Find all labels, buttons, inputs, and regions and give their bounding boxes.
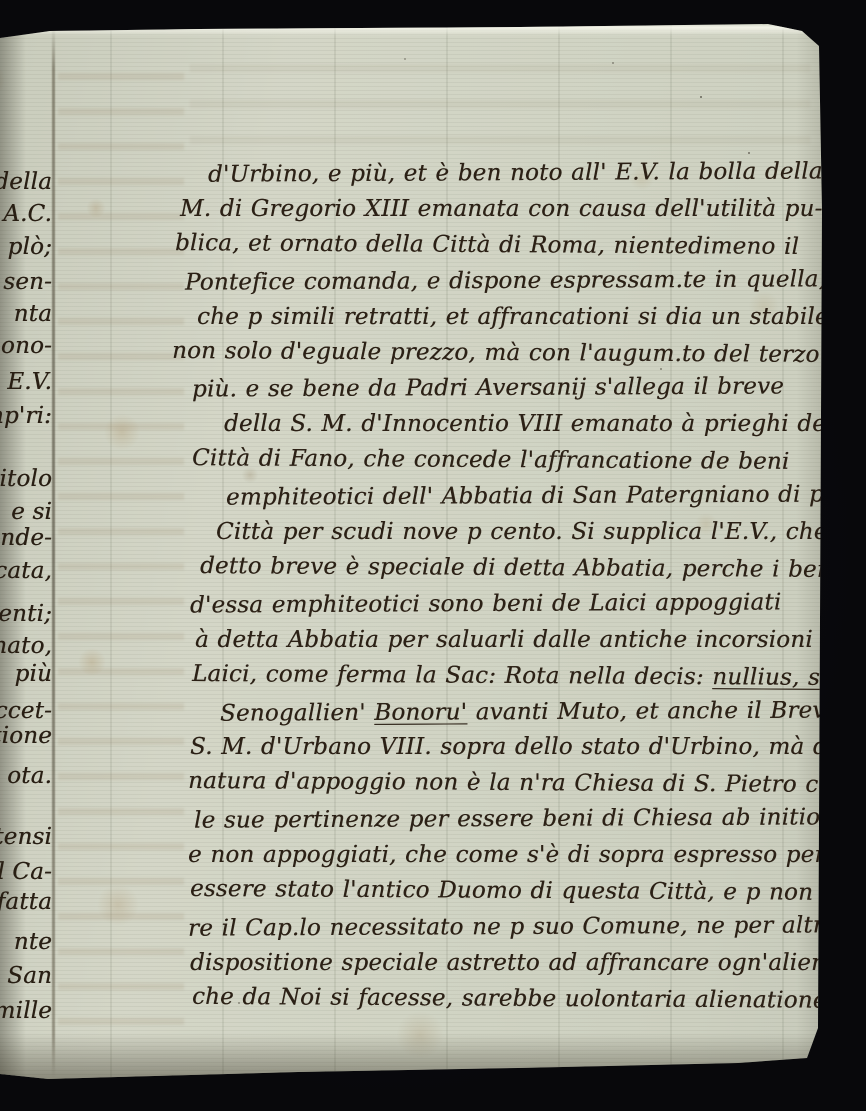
- margin-fragment: tenti;: [0, 600, 52, 628]
- margin-fragment: più: [15, 660, 53, 688]
- margin-fragment: al Ca-: [0, 858, 52, 886]
- manuscript-line: che da Noi si facesse, sarebbe uolontari…: [192, 982, 866, 1016]
- manuscript-line: le sue pertinenze per essere beni di Chi…: [194, 802, 828, 835]
- line-text: re il Cap.lo necessitato ne p suo Comune…: [188, 912, 838, 941]
- margin-fragment: E.V.: [7, 368, 52, 396]
- manuscript-line: essere stato l'antico Duomo di questa Ci…: [190, 874, 866, 908]
- line-text: emphiteotici dell' Abbatia di San Paterg…: [226, 481, 864, 510]
- manuscript-line: d'essa emphiteotici sono beni de Laici a…: [190, 587, 781, 620]
- margin-fragment: nta: [14, 300, 52, 328]
- line-text: più. e se bene da Padri Aversanij s'alle…: [192, 373, 784, 402]
- margin-fragment: e si: [11, 498, 52, 526]
- margin-fragment: sen-: [3, 268, 52, 296]
- manuscript-line: à detta Abbatia per saluarli dalle antic…: [195, 625, 850, 655]
- line-text: Pontefice comanda, e dispone espressam.t…: [185, 266, 826, 295]
- margin-fragment: mille: [0, 997, 52, 1025]
- line-text: S. M. d'Urbano VIII. sopra dello stato d…: [190, 734, 866, 760]
- margin-fragment: icata,: [0, 557, 52, 585]
- margin-fragment: ota.: [7, 762, 52, 790]
- manuscript-line: natura d'appoggio non è la n'ra Chiesa d…: [188, 766, 848, 800]
- margin-fragment: itolo: [0, 465, 52, 493]
- manuscript-line: non solo d'eguale prezzo, mà con l'augum…: [172, 336, 851, 370]
- ink-bleedthrough-top: [190, 40, 810, 160]
- manuscript-line: Città per scudi nove p cento. Si supplic…: [216, 517, 828, 547]
- manuscript-line: emphiteotici dell' Abbatia di San Paterg…: [226, 479, 864, 512]
- line-text: Senogallien': [220, 700, 374, 727]
- manuscript-line: Città di Fano, che concede l'affrancatio…: [192, 443, 790, 477]
- manuscript-line: blica, et ornato della Città di Roma, ni…: [175, 228, 799, 262]
- margin-fragment: i accet-: [0, 697, 52, 725]
- line-text: d'Urbino, e più, et è ben noto all' E.V.…: [208, 158, 854, 187]
- manuscript-line: M. di Gregorio XIII emanata con causa de…: [180, 194, 822, 224]
- line-text: della S. M. d'Innocentio VIII emanato à …: [224, 411, 855, 437]
- manuscript-line: Pontefice comanda, e dispone espressam.t…: [185, 264, 826, 297]
- manuscript-line: Senogallien' Bonoru' avanti Muto, et anc…: [220, 695, 866, 728]
- margin-fragment: atione: [0, 722, 52, 750]
- page-fold-crease: [52, 27, 55, 1077]
- margin-fragment: ono-: [1, 332, 52, 360]
- manuscript-line: della S. M. d'Innocentio VIII emanato à …: [224, 409, 855, 439]
- underlined-citation: nullius, seu: [712, 664, 849, 691]
- margin-fragment: della: [0, 168, 52, 196]
- line-text: che da Noi si facesse, sarebbe uolontari…: [192, 984, 866, 1014]
- line-text: d'essa emphiteotici sono beni de Laici a…: [190, 589, 781, 618]
- line-text: avanti Muto, et anche il Breve di: [467, 697, 866, 725]
- margin-fragment: San: [7, 962, 52, 990]
- margin-fragment: mp'ri:: [0, 402, 52, 430]
- manuscript-line: più. e se bene da Padri Aversanij s'alle…: [192, 371, 784, 404]
- line-text: Laici, come ferma la Sac: Rota nella dec…: [192, 661, 712, 690]
- line-text: natura d'appoggio non è la n'ra Chiesa d…: [188, 768, 848, 798]
- margin-fragment: nte: [14, 928, 52, 956]
- line-text: M. di Gregorio XIII emanata con causa de…: [180, 196, 822, 222]
- margin-fragment: itensi: [0, 823, 52, 851]
- manuscript-line: detto breve è speciale di detta Abbatia,…: [200, 551, 840, 585]
- line-text: e non appoggiati, che come s'è di sopra …: [188, 842, 826, 868]
- margin-fragment: inde-: [0, 524, 52, 552]
- line-text: detto breve è speciale di detta Abbatia,…: [200, 553, 840, 583]
- underlined-citation: Bonoru': [374, 699, 467, 725]
- line-text: che p simili retratti, et affrancationi …: [197, 304, 829, 330]
- margin-fragment: plò;: [8, 233, 52, 261]
- line-text: non solo d'eguale prezzo, mà con l'augum…: [172, 338, 851, 368]
- manuscript-line: re il Cap.lo necessitato ne p suo Comune…: [188, 910, 838, 943]
- manuscript-scan: dellaA.C.plò;sen-ntaono-E.V.mp'ri:itoloe…: [0, 0, 866, 1111]
- line-text: à detta Abbatia per saluarli dalle antic…: [195, 627, 850, 653]
- ink-bleedthrough-strip: [58, 60, 184, 1040]
- ink-specks: [0, 0, 2, 2]
- line-text: dispositione speciale astretto ad affran…: [190, 950, 866, 976]
- manuscript-line: S. M. d'Urbano VIII. sopra dello stato d…: [190, 732, 866, 762]
- margin-fragment: A.C.: [3, 200, 52, 228]
- manuscript-line: che p simili retratti, et affrancationi …: [197, 302, 829, 332]
- line-text: essere stato l'antico Duomo di questa Ci…: [190, 876, 866, 906]
- line-text: le sue pertinenze per essere beni di Chi…: [194, 804, 828, 833]
- line-text: Città di Fano, che concede l'affrancatio…: [192, 445, 790, 475]
- margin-fragment: inato,: [0, 632, 52, 660]
- manuscript-line: dispositione speciale astretto ad affran…: [190, 948, 866, 978]
- manuscript-line: e non appoggiati, che come s'è di sopra …: [188, 840, 826, 870]
- manuscript-line: d'Urbino, e più, et è ben noto all' E.V.…: [208, 156, 854, 189]
- line-text: blica, et ornato della Città di Roma, ni…: [175, 230, 799, 260]
- margin-fragment: fatta: [0, 888, 52, 916]
- manuscript-line: Laici, come ferma la Sac: Rota nella dec…: [192, 659, 849, 693]
- line-text: Città per scudi nove p cento. Si supplic…: [216, 519, 828, 545]
- manuscript-page: dellaA.C.plò;sen-ntaono-E.V.mp'ri:itoloe…: [0, 0, 866, 1111]
